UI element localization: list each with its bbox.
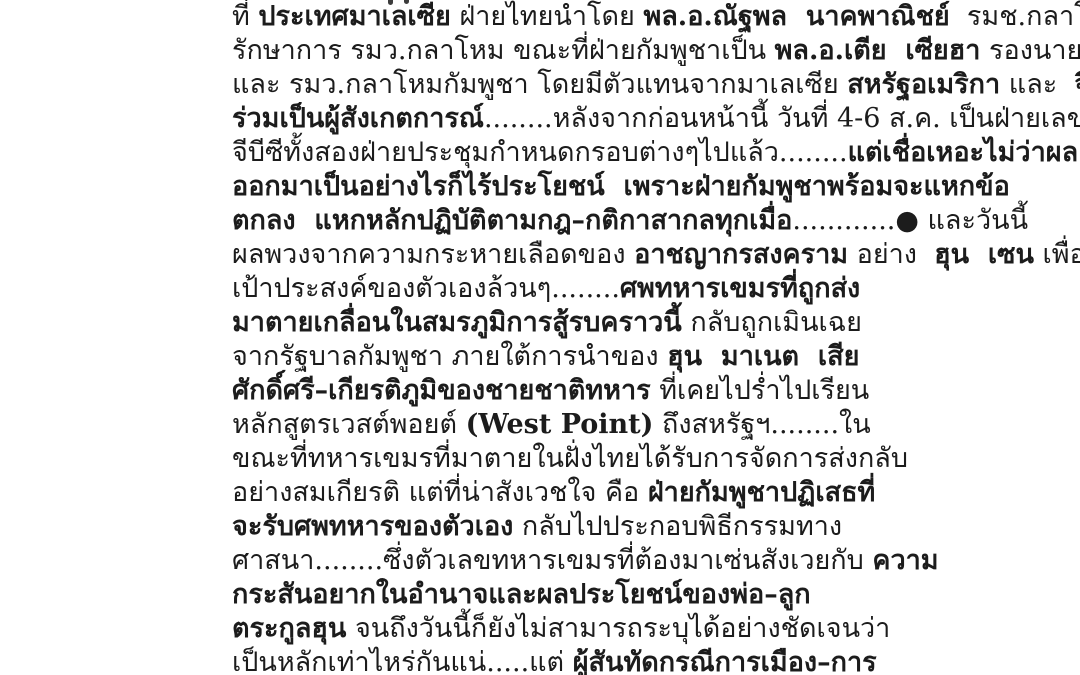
text-line: หลักสูตรเวสต์พอยต์ (West Point) ถึงสหรัฐ… bbox=[232, 408, 892, 442]
text-segment: ........หลังจากก่อนหน้านี้ วันที่ 4-6 ส.… bbox=[484, 103, 1080, 134]
text-segment: อย่างสมเกียรติ แต่ที่น่าสังเวชใจ คือ bbox=[232, 477, 648, 508]
text-segment: ที่ bbox=[232, 1, 258, 32]
text-segment: พล.อ.เตีย เซียฮา bbox=[775, 35, 981, 66]
text-segment: ออกมาเป็นอย่างไรก็ไร้ประโยชน์ เพราะฝ่ายก… bbox=[232, 171, 1010, 202]
text-segment: และ bbox=[1000, 69, 1074, 100]
text-segment: ฮุน มาเนต เสีย bbox=[667, 341, 859, 372]
text-line: รักษาการ รมว.กลาโหม ขณะที่ฝ่ายกัมพูชาเป็… bbox=[232, 34, 892, 68]
text-segment: หลักสูตรเวสต์พอยต์ bbox=[232, 409, 466, 440]
text-segment: (West Point) bbox=[466, 409, 654, 440]
text-segment: รักษาการ รมว.กลาโหม ขณะที่ฝ่ายกัมพูชาเป็… bbox=[232, 35, 775, 66]
text-segment: ถึงสหรัฐฯ........ใน bbox=[653, 409, 870, 440]
text-segment: รมช.กลาโหม bbox=[950, 1, 1080, 32]
text-segment: ศักดิ์ศรี–เกียรติภูมิของชายชาติทหาร bbox=[232, 375, 651, 406]
text-segment: เพื่อ bbox=[1034, 239, 1080, 270]
text-segment: ความ bbox=[872, 545, 938, 576]
text-segment: ที่เคยไปร่ำไปเรียน bbox=[651, 375, 870, 406]
text-segment: จีบีซีทั้งสองฝ่ายประชุมกำหนดกรอบต่างๆไปแ… bbox=[232, 137, 848, 168]
text-segment: แต่เชื่อเหอะไม่ว่าผล bbox=[848, 137, 1079, 168]
text-segment: จนถึงวันนี้ก็ยังไม่สามารถระบุได้อย่างชัด… bbox=[346, 613, 890, 644]
document-page: ที่ ประเทศมาเลเซีย ฝ่ายไทยนำโดย พล.อ.ณัฐ… bbox=[0, 0, 1080, 675]
text-segment: ศพทหารเขมรที่ถูกส่ง bbox=[620, 273, 860, 304]
text-segment: ............● และวันนี้ bbox=[792, 205, 1028, 236]
text-segment: ศาสนา........ซึ่งตัวเลขทหารเขมรที่ต้องมา… bbox=[232, 545, 872, 576]
text-segment: ประเทศมาเลเซีย bbox=[258, 1, 450, 32]
text-line: มาตายเกลื่อนในสมรภูมิการสู้รบคราวนี้ กลั… bbox=[232, 306, 892, 340]
text-segment: ฝ่ายกัมพูชาปฏิเสธที่ bbox=[648, 477, 875, 508]
text-segment: กลับถูกเมินเฉย bbox=[682, 307, 862, 338]
text-line: อย่างสมเกียรติ แต่ที่น่าสังเวชใจ คือ ฝ่า… bbox=[232, 476, 892, 510]
text-line: จีบีซีทั้งสองฝ่ายประชุมกำหนดกรอบต่างๆไปแ… bbox=[232, 136, 892, 170]
text-line: จากรัฐบาลกัมพูชา ภายใต้การนำของ ฮุน มาเน… bbox=[232, 340, 892, 374]
text-line: ตกลง แหกหลักปฏิบัติตามกฎ–กติกาสากลทุกเมื… bbox=[232, 204, 892, 238]
text-segment: กลับไปประกอบพิธีกรรมทาง bbox=[513, 511, 842, 542]
article-text: ที่ ประเทศมาเลเซีย ฝ่ายไทยนำโดย พล.อ.ณัฐ… bbox=[232, 0, 892, 675]
text-segment: ตระกูลฮุน bbox=[232, 613, 346, 644]
text-segment: และ รมว.กลาโหมกัมพูชา โดยมีตัวแทนจากมาเล… bbox=[232, 69, 847, 100]
text-segment: เป็นหลักเท่าไหร่กันแน่.....แต่ bbox=[232, 647, 573, 675]
text-line: ออกมาเป็นอย่างไรก็ไร้ประโยชน์ เพราะฝ่ายก… bbox=[232, 170, 892, 204]
text-segment: ฮุน เซน bbox=[934, 239, 1034, 270]
text-segment: ตกลง แหกหลักปฏิบัติตามกฎ–กติกาสากลทุกเมื… bbox=[232, 205, 792, 236]
text-segment: จากรัฐบาลกัมพูชา ภายใต้การนำของ bbox=[232, 341, 667, 372]
text-line: ร่วมเป็นผู้สังเกตการณ์........หลังจากก่อ… bbox=[232, 102, 892, 136]
text-segment: พล.อ.ณัฐพล นาคพาณิชย์ bbox=[643, 1, 949, 32]
text-line: กระสันอยากในอำนาจและผลประโยชน์ของพ่อ–ลูก bbox=[232, 578, 892, 612]
text-line: ตระกูลฮุน จนถึงวันนี้ก็ยังไม่สามารถระบุไ… bbox=[232, 612, 892, 646]
text-line: และ รมว.กลาโหมกัมพูชา โดยมีตัวแทนจากมาเล… bbox=[232, 68, 892, 102]
text-line: เป็นหลักเท่าไหร่กันแน่.....แต่ ผู้สันทัด… bbox=[232, 646, 892, 675]
text-segment: รองนายกฯ bbox=[980, 35, 1080, 66]
text-segment: สหรัฐอเมริกา bbox=[847, 69, 1000, 100]
text-line: ผลพวงจากความกระหายเลือดของ อาชญากรสงคราม… bbox=[232, 238, 892, 272]
text-line: ศาสนา........ซึ่งตัวเลขทหารเขมรที่ต้องมา… bbox=[232, 544, 892, 578]
text-segment: ฝ่ายไทยนำโดย bbox=[451, 1, 644, 32]
text-segment: ผู้สันทัดกรณีการเมือง–การ bbox=[573, 647, 877, 675]
text-line: เป้าประสงค์ของตัวเองล้วนๆ........ศพทหารเ… bbox=[232, 272, 892, 306]
text-line: จะรับศพทหารของตัวเอง กลับไปประกอบพิธีกรร… bbox=[232, 510, 892, 544]
text-segment: ขณะที่ทหารเขมรที่มาตายในฝั่งไทยได้รับการ… bbox=[232, 443, 908, 474]
text-line: ขณะที่ทหารเขมรที่มาตายในฝั่งไทยได้รับการ… bbox=[232, 442, 892, 476]
text-segment: ร่วมเป็นผู้สังเกตการณ์ bbox=[232, 103, 484, 134]
text-segment: จะรับศพทหารของตัวเอง bbox=[232, 511, 513, 542]
text-segment: ผลพวงจากความกระหายเลือดของ bbox=[232, 239, 634, 270]
text-segment: อาชญากรสงคราม bbox=[634, 239, 848, 270]
text-segment: กระสันอยากในอำนาจและผลประโยชน์ของพ่อ–ลูก bbox=[232, 579, 811, 610]
text-line: ศักดิ์ศรี–เกียรติภูมิของชายชาติทหาร ที่เ… bbox=[232, 374, 892, 408]
text-line: ที่ ประเทศมาเลเซีย ฝ่ายไทยนำโดย พล.อ.ณัฐ… bbox=[232, 0, 892, 34]
text-segment: เป้าประสงค์ของตัวเองล้วนๆ........ bbox=[232, 273, 620, 304]
text-segment: จีน bbox=[1074, 69, 1080, 100]
text-segment: อย่าง bbox=[848, 239, 934, 270]
text-segment: มาตายเกลื่อนในสมรภูมิการสู้รบคราวนี้ bbox=[232, 307, 682, 338]
